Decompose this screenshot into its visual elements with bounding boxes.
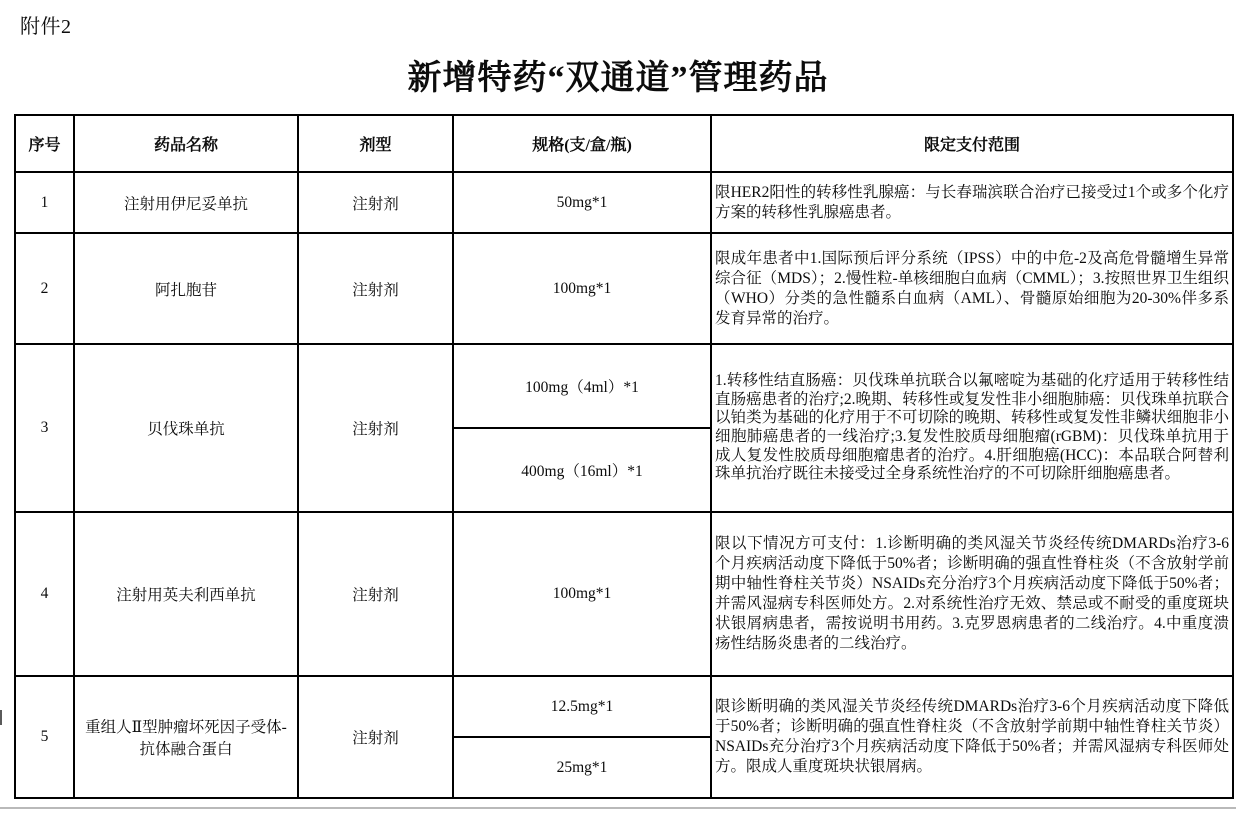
spec-cell: 400mg（16ml）*1 (453, 428, 711, 512)
drug-name-cell: 注射用英夫利西单抗 (74, 512, 298, 676)
payment-scope-cell: 限诊断明确的类风湿关节炎经传统DMARDs治疗3-6个月疾病活动度下降低于50%… (711, 676, 1233, 798)
spec-cell: 100mg*1 (453, 233, 711, 344)
header-dosage-form: 剂型 (298, 115, 453, 172)
table-row: 5 重组人Ⅱ型肿瘤坏死因子受体-抗体融合蛋白 注射剂 12.5mg*1 限诊断明… (15, 676, 1233, 737)
row-no: 1 (15, 172, 74, 233)
dosage-form-cell: 注射剂 (298, 344, 453, 512)
spec-cell: 12.5mg*1 (453, 676, 711, 737)
spec-cell: 100mg*1 (453, 512, 711, 676)
drug-table: 序号 药品名称 剂型 规格(支/盒/瓶) 限定支付范围 1 注射用伊尼妥单抗 注… (14, 114, 1234, 799)
drug-name-cell: 重组人Ⅱ型肿瘤坏死因子受体-抗体融合蛋白 (74, 676, 298, 798)
page-title: 新增特药“双通道”管理药品 (0, 50, 1236, 99)
dosage-form-cell: 注射剂 (298, 233, 453, 344)
spec-cell: 25mg*1 (453, 737, 711, 798)
table-row: 4 注射用英夫利西单抗 注射剂 100mg*1 限以下情况方可支付：1.诊断明确… (15, 512, 1233, 676)
payment-scope-cell: 限以下情况方可支付：1.诊断明确的类风湿关节炎经传统DMARDs治疗3-6个月疾… (711, 512, 1233, 676)
row-no: 4 (15, 512, 74, 676)
attachment-label: 附件2 (20, 10, 72, 39)
header-payment-scope: 限定支付范围 (711, 115, 1233, 172)
header-no: 序号 (15, 115, 74, 172)
drug-name-cell: 阿扎胞苷 (74, 233, 298, 344)
spec-cell: 50mg*1 (453, 172, 711, 233)
row-no: 2 (15, 233, 74, 344)
document-page: 附件2 新增特药“双通道”管理药品 序号 药品名称 剂型 规格(支/盒/瓶) 限… (0, 0, 1236, 816)
page-edge-line (0, 807, 1236, 809)
scan-artifact-mark (0, 710, 2, 725)
row-no: 5 (15, 676, 74, 798)
header-drug-name: 药品名称 (74, 115, 298, 172)
table-header-row: 序号 药品名称 剂型 规格(支/盒/瓶) 限定支付范围 (15, 115, 1233, 172)
spec-cell: 100mg（4ml）*1 (453, 344, 711, 428)
row-no: 3 (15, 344, 74, 512)
drug-name-cell: 注射用伊尼妥单抗 (74, 172, 298, 233)
payment-scope-cell: 1.转移性结直肠癌：贝伐珠单抗联合以氟嘧啶为基础的化疗适用于转移性结直肠癌患者的… (711, 344, 1233, 512)
table-row: 3 贝伐珠单抗 注射剂 100mg（4ml）*1 1.转移性结直肠癌：贝伐珠单抗… (15, 344, 1233, 428)
payment-scope-cell: 限成年患者中1.国际预后评分系统（IPSS）中的中危-2及高危骨髓增生异常综合征… (711, 233, 1233, 344)
table-row: 1 注射用伊尼妥单抗 注射剂 50mg*1 限HER2阳性的转移性乳腺癌：与长春… (15, 172, 1233, 233)
dosage-form-cell: 注射剂 (298, 676, 453, 798)
dosage-form-cell: 注射剂 (298, 172, 453, 233)
dosage-form-cell: 注射剂 (298, 512, 453, 676)
table-row: 2 阿扎胞苷 注射剂 100mg*1 限成年患者中1.国际预后评分系统（IPSS… (15, 233, 1233, 344)
header-spec: 规格(支/盒/瓶) (453, 115, 711, 172)
payment-scope-cell: 限HER2阳性的转移性乳腺癌：与长春瑞滨联合治疗已接受过1个或多个化疗方案的转移… (711, 172, 1233, 233)
drug-name-cell: 贝伐珠单抗 (74, 344, 298, 512)
